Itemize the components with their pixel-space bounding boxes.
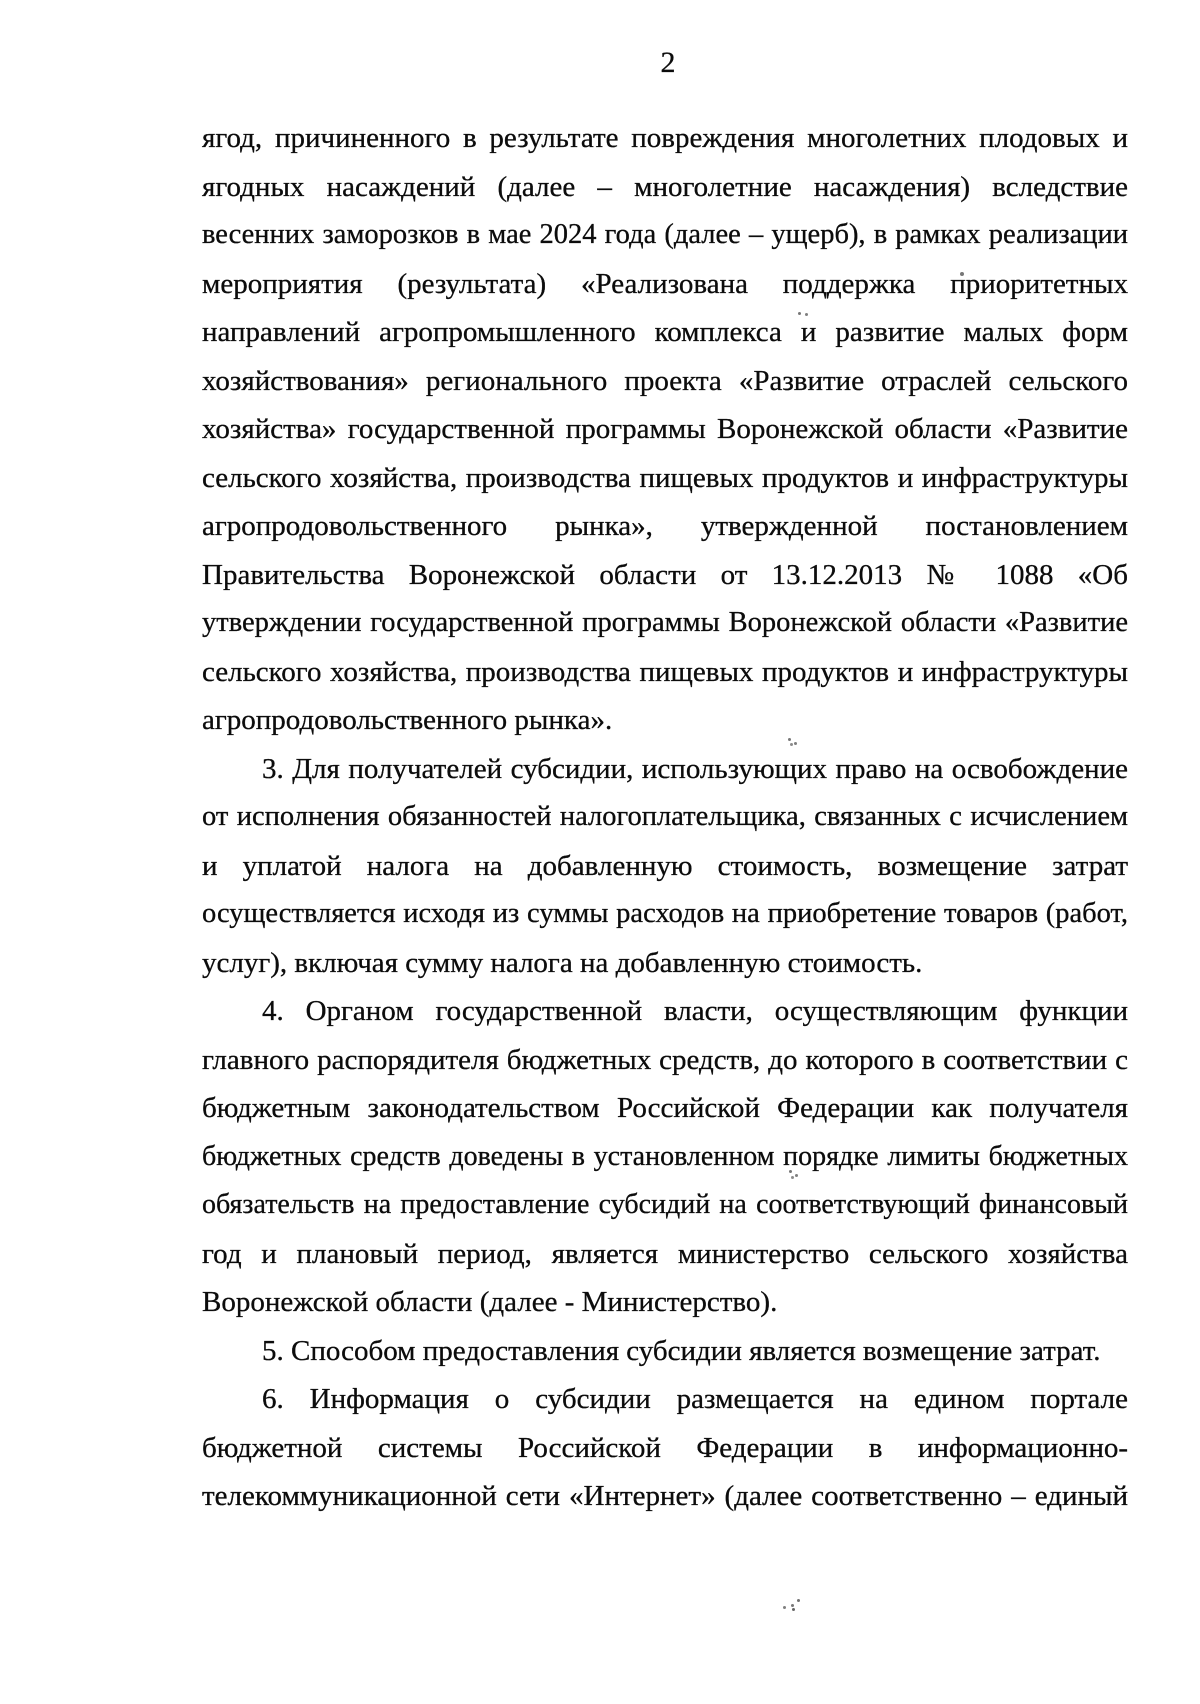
scan-artifact bbox=[960, 272, 964, 276]
text-line: от исполнения обязанностей налогоплатель… bbox=[202, 793, 1128, 842]
text-line: агропродовольственного рынка», утвержден… bbox=[202, 502, 1128, 551]
text-line: сельского хозяйства, производства пищевы… bbox=[202, 454, 1128, 503]
text-line: Правительства Воронежской области от 13.… bbox=[202, 551, 1128, 600]
scan-artifact bbox=[788, 738, 791, 741]
text-line: 4. Органом государственной власти, осуще… bbox=[202, 987, 1128, 1036]
text-line: агропродовольственного рынка». bbox=[202, 696, 1128, 745]
text-line: и уплатой налога на добавленную стоимост… bbox=[202, 842, 1128, 891]
document-page: 2 ягод, причиненного в результате повреж… bbox=[0, 0, 1200, 1704]
text-line: мероприятия (результата) «Реализована по… bbox=[202, 260, 1128, 309]
scan-artifact bbox=[789, 1170, 792, 1173]
text-line: 6. Информация о субсидии размещается на … bbox=[202, 1375, 1128, 1424]
text-line: утверждении государственной программы Во… bbox=[202, 599, 1128, 648]
scan-artifact bbox=[791, 1604, 794, 1607]
text-line: 3. Для получателей субсидии, использующи… bbox=[202, 745, 1128, 794]
paragraph-continuation: ягод, причиненного в результате поврежде… bbox=[202, 114, 1128, 745]
paragraph-item-6: 6. Информация о субсидии размещается на … bbox=[202, 1375, 1128, 1521]
text-line: бюджетных средств доведены в установленн… bbox=[202, 1133, 1128, 1182]
text-line: хозяйства» государственной программы Вор… bbox=[202, 405, 1128, 454]
scan-artifact bbox=[798, 312, 801, 315]
text-line: бюджетной системы Российской Федерации в… bbox=[202, 1424, 1128, 1473]
text-line: весенних заморозков в мае 2024 года (дал… bbox=[202, 211, 1128, 260]
text-line: телекоммуникационной сети «Интернет» (да… bbox=[202, 1472, 1128, 1521]
text-line: Воронежской области (далее - Министерств… bbox=[202, 1278, 1128, 1327]
paragraph-item-3: 3. Для получателей субсидии, использующи… bbox=[202, 745, 1128, 988]
paragraph-item-4: 4. Органом государственной власти, осуще… bbox=[202, 987, 1128, 1327]
text-line: хозяйствования» регионального проекта «Р… bbox=[202, 357, 1128, 406]
text-line: 5. Способом предоставления субсидии явля… bbox=[202, 1327, 1128, 1376]
text-line: направлений агропромышленного комплекса … bbox=[202, 308, 1128, 357]
text-line: главного распорядителя бюджетных средств… bbox=[202, 1036, 1128, 1085]
page-number: 2 bbox=[652, 46, 684, 80]
paragraph-item-5: 5. Способом предоставления субсидии явля… bbox=[202, 1327, 1128, 1376]
text-line: год и плановый период, является министер… bbox=[202, 1230, 1128, 1279]
document-body: ягод, причиненного в результате поврежде… bbox=[202, 114, 1128, 1521]
text-line: ягодных насаждений (далее – многолетние … bbox=[202, 163, 1128, 212]
text-line: сельского хозяйства, производства пищевы… bbox=[202, 648, 1128, 697]
text-line: услуг), включая сумму налога на добавлен… bbox=[202, 939, 1128, 988]
text-line: ягод, причиненного в результате поврежде… bbox=[202, 114, 1128, 163]
text-line: осуществляется исходя из суммы расходов … bbox=[202, 890, 1128, 939]
text-line: бюджетным законодательством Российской Ф… bbox=[202, 1084, 1128, 1133]
text-line: обязательств на предоставление субсидий … bbox=[202, 1181, 1128, 1230]
